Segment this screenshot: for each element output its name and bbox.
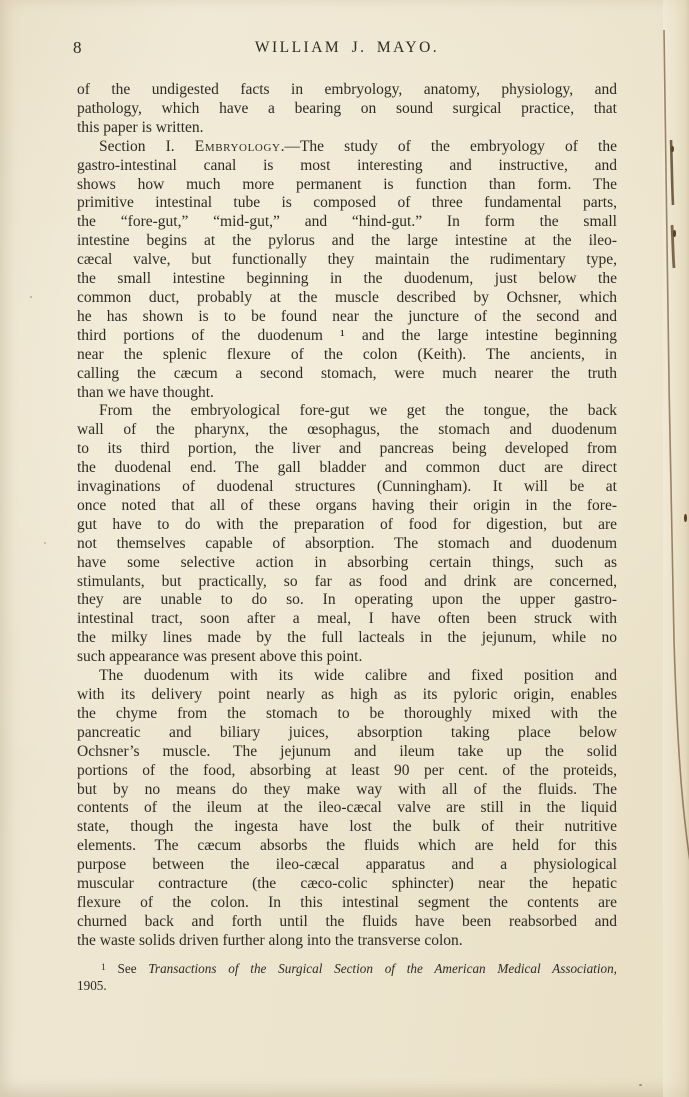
text-line: near the splenic flexure of the colon (K… — [77, 346, 617, 365]
text-line: with its delivery point nearly as high a… — [77, 686, 617, 705]
text-line: contents of the ileum at the ileo-cæcal … — [77, 799, 617, 818]
book-page: 8 WILLIAM J. MAYO. of the undigested fac… — [0, 0, 689, 1097]
text-line: not themselves capable of absorption. Th… — [77, 535, 617, 554]
text-line: elements. The cæcum absorbs the fluids w… — [77, 837, 617, 856]
paper-speck — [44, 542, 46, 544]
text-line: the milky lines made by the full lacteal… — [77, 629, 617, 648]
text-line: flexure of the colon. In this intestinal… — [77, 894, 617, 913]
text-line: stimulants, but practically, so far as f… — [77, 573, 617, 592]
page-header: 8 WILLIAM J. MAYO. — [77, 38, 617, 60]
footnote: 1 See Transactions of the Surgical Secti… — [77, 960, 617, 995]
paper-speck — [30, 296, 32, 298]
text-line: the chyme from the stomach to be thoroug… — [77, 705, 617, 724]
footnote-line: 1905. — [77, 977, 617, 995]
paragraph: The duodenum with its wide calibre and f… — [77, 667, 617, 951]
text-line: but by no means do they make way with al… — [77, 781, 617, 800]
text-line: muscular contracture (the cæco-colic sph… — [77, 875, 617, 894]
paragraph: From the embryological fore-gut we get t… — [77, 402, 617, 667]
text-line: of the undigested facts in embryology, a… — [77, 81, 617, 100]
text-line: invaginations of duodenal structures (Cu… — [77, 478, 617, 497]
text-line: they are unable to do so. In operating u… — [77, 591, 617, 610]
text-line: this paper is written. — [77, 119, 617, 138]
text-line: such appearance was present above this p… — [77, 648, 617, 667]
text-line: cæcal valve, but functionally they maint… — [77, 251, 617, 270]
text-line: primitive intestinal tube is composed of… — [77, 194, 617, 213]
text-line: pathology, which have a bearing on sound… — [77, 100, 617, 119]
text-line: portions of the food, absorbing at least… — [77, 762, 617, 781]
page-number: 8 — [73, 38, 82, 58]
paper-speck — [639, 1084, 642, 1086]
paragraph: Section I. Embryology.—The study of the … — [77, 138, 617, 403]
text-line: wall of the pharynx, the œsophagus, the … — [77, 421, 617, 440]
text-line: the small intestine beginning in the duo… — [77, 270, 617, 289]
text-line: intestine begins at the pylorus and the … — [77, 232, 617, 251]
text-line: the waste solids driven further along in… — [77, 932, 617, 951]
text-line: intestinal tract, soon after a meal, I h… — [77, 610, 617, 629]
text-line: gastro-intestinal canal is most interest… — [77, 157, 617, 176]
text-line: Section I. Embryology.—The study of the … — [77, 138, 617, 157]
text-line: churned back and forth until the fluids … — [77, 913, 617, 932]
text-line: The duodenum with its wide calibre and f… — [77, 667, 617, 686]
ink-speck — [673, 230, 676, 237]
text-line: the duodenal end. The gall bladder and c… — [77, 459, 617, 478]
text-line: have some selective action in absorbing … — [77, 554, 617, 573]
text-line: the “fore-gut,” “mid-gut,” and “hind-gut… — [77, 213, 617, 232]
paragraph: of the undigested facts in embryology, a… — [77, 81, 617, 138]
text-line: purpose between the ileo-cæcal apparatus… — [77, 856, 617, 875]
next-page-edge — [663, 0, 689, 1097]
text-line: third portions of the duodenum ¹ and the… — [77, 327, 617, 346]
text-line: to its third portion, the liver and panc… — [77, 440, 617, 459]
text-line: From the embryological fore-gut we get t… — [77, 402, 617, 421]
text-line: Ochsner’s muscle. The jejunum and ileum … — [77, 743, 617, 762]
running-title: WILLIAM J. MAYO. — [77, 38, 617, 58]
body-text: of the undigested facts in embryology, a… — [77, 81, 617, 951]
text-line: than we have thought. — [77, 384, 617, 403]
text-line: calling the cæcum a second stomach, were… — [77, 365, 617, 384]
text-line: state, though the ingesta have lost the … — [77, 818, 617, 837]
footnote-line: 1 See Transactions of the Surgical Secti… — [77, 960, 617, 978]
text-line: he has shown is to be found near the jun… — [77, 308, 617, 327]
text-column: 8 WILLIAM J. MAYO. of the undigested fac… — [77, 38, 617, 995]
text-line: once noted that all of these organs havi… — [77, 497, 617, 516]
ink-speck — [684, 514, 687, 522]
ink-speck — [671, 146, 674, 152]
text-line: pancreatic and biliary juices, absorptio… — [77, 724, 617, 743]
text-line: shows how much more permanent is functio… — [77, 176, 617, 195]
text-line: common duct, probably at the muscle desc… — [77, 289, 617, 308]
text-line: gut have to do with the preparation of f… — [77, 516, 617, 535]
